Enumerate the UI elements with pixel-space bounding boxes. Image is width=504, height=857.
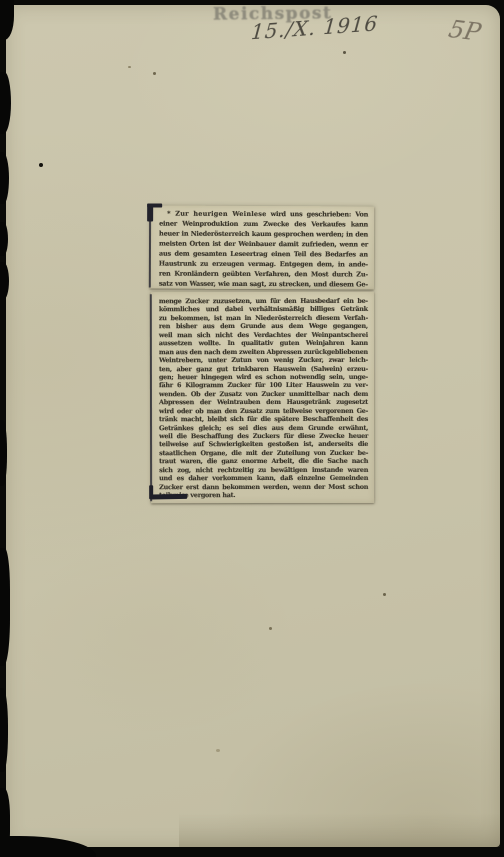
ink-speck: [39, 163, 43, 167]
scanned-archive-page: { "page": { "stamp": "Reichspost", "hand…: [0, 0, 504, 857]
clipping-text-line: aussetzen wollte. In qualitativ guten We…: [151, 339, 374, 348]
clipping-text-block: einer Weinproduktion zum Zwecke des Verk…: [150, 219, 374, 290]
clipping-text-line: wenden. Ob der Zusatz von Zucker unmitte…: [151, 390, 374, 399]
clipping-text-line: Getränkes gleich; es sei dies aus dem Gr…: [151, 423, 374, 432]
foxing-speck: [343, 51, 346, 54]
clipping-text-line: zu bekommen, ist man in Niederösterreich…: [151, 314, 374, 323]
headline-rest: wird uns geschrieben: Von: [266, 210, 368, 218]
crayon-corner-mark: [150, 494, 187, 500]
clipping-text-line: teilweise auf Schwierigkeiten gestoßen i…: [151, 440, 374, 449]
clipping-text-line: ren bisher aus dem Grunde aus dem Wege g…: [151, 322, 374, 331]
clipping-text-line: und es daher vorkommen kann, daß einzeln…: [151, 474, 374, 483]
clipping-text-line: weil die Beschaffung des Zuckers für die…: [151, 432, 374, 441]
clipping-text-line: sich zog, nicht rechtzeitig zu bewältige…: [151, 466, 374, 475]
clipping-text-line: menge Zucker zuzusetzen, um für den Haus…: [151, 297, 374, 306]
crayon-margin-line: [150, 294, 152, 501]
clipping-text-line: weil man sich nicht des Verdachtes der W…: [151, 331, 374, 340]
clipping-text-line: Zucker erst dann bekommen werden, wenn d…: [151, 482, 374, 491]
clipping-text-line: Weintrebern, unter Zutun von wenig Zucke…: [151, 356, 374, 365]
newspaper-clipping-bottom: menge Zucker zuzusetzen, um für den Haus…: [151, 292, 374, 503]
clipping-text-line: ten, aber ganz gut trinkbaren Hauswein (…: [151, 364, 374, 373]
foxing-speck: [153, 72, 156, 75]
headline-bold-lead: * Zur heurigen Weinlese: [167, 210, 266, 218]
foxing-speck: [128, 66, 131, 68]
clipping-text-line: traut waren, die ganz enorme Arbeit, die…: [151, 457, 374, 466]
clipping-text-line: fähr 6 Kilogramm Zucker für 100 Liter Ha…: [151, 381, 374, 390]
clipping-text-block: menge Zucker zuzusetzen, um für den Haus…: [151, 297, 374, 500]
foxing-speck: [383, 593, 386, 596]
clipping-text-line: staatlichen Organe, die mit der Zuteilun…: [151, 449, 374, 458]
foxing-speck: [269, 627, 272, 630]
crayon-corner-mark: [147, 203, 162, 207]
clipping-text-line: gen; heuer hingegen wird es schon notwen…: [151, 373, 374, 382]
clipping-text-line: tränk macht, bleibt sich für die spätere…: [151, 415, 374, 424]
clipping-text-line: kömmliches und dabei verhältnismäßig bil…: [151, 305, 374, 314]
newspaper-clipping-top: * Zur heurigen Weinlese wird uns geschri…: [150, 206, 374, 290]
crayon-corner-mark: [149, 485, 153, 499]
foxing-speck: [216, 749, 220, 752]
clipping-text-line: satz von Wasser, wie man sagt, zu streck…: [150, 279, 374, 290]
clipping-text-line: man aus den nach dem zweiten Abpressen z…: [151, 347, 374, 356]
clipping-text-line: Abpressen der Weintrauben dem Hausgeträn…: [151, 398, 374, 407]
clipping-text-line: wird oder ob man den Zusatz zum teilweis…: [151, 406, 374, 415]
page-tear: [0, 548, 10, 666]
page-shading: [179, 813, 500, 847]
page-number-pencil: 5P: [446, 15, 484, 46]
